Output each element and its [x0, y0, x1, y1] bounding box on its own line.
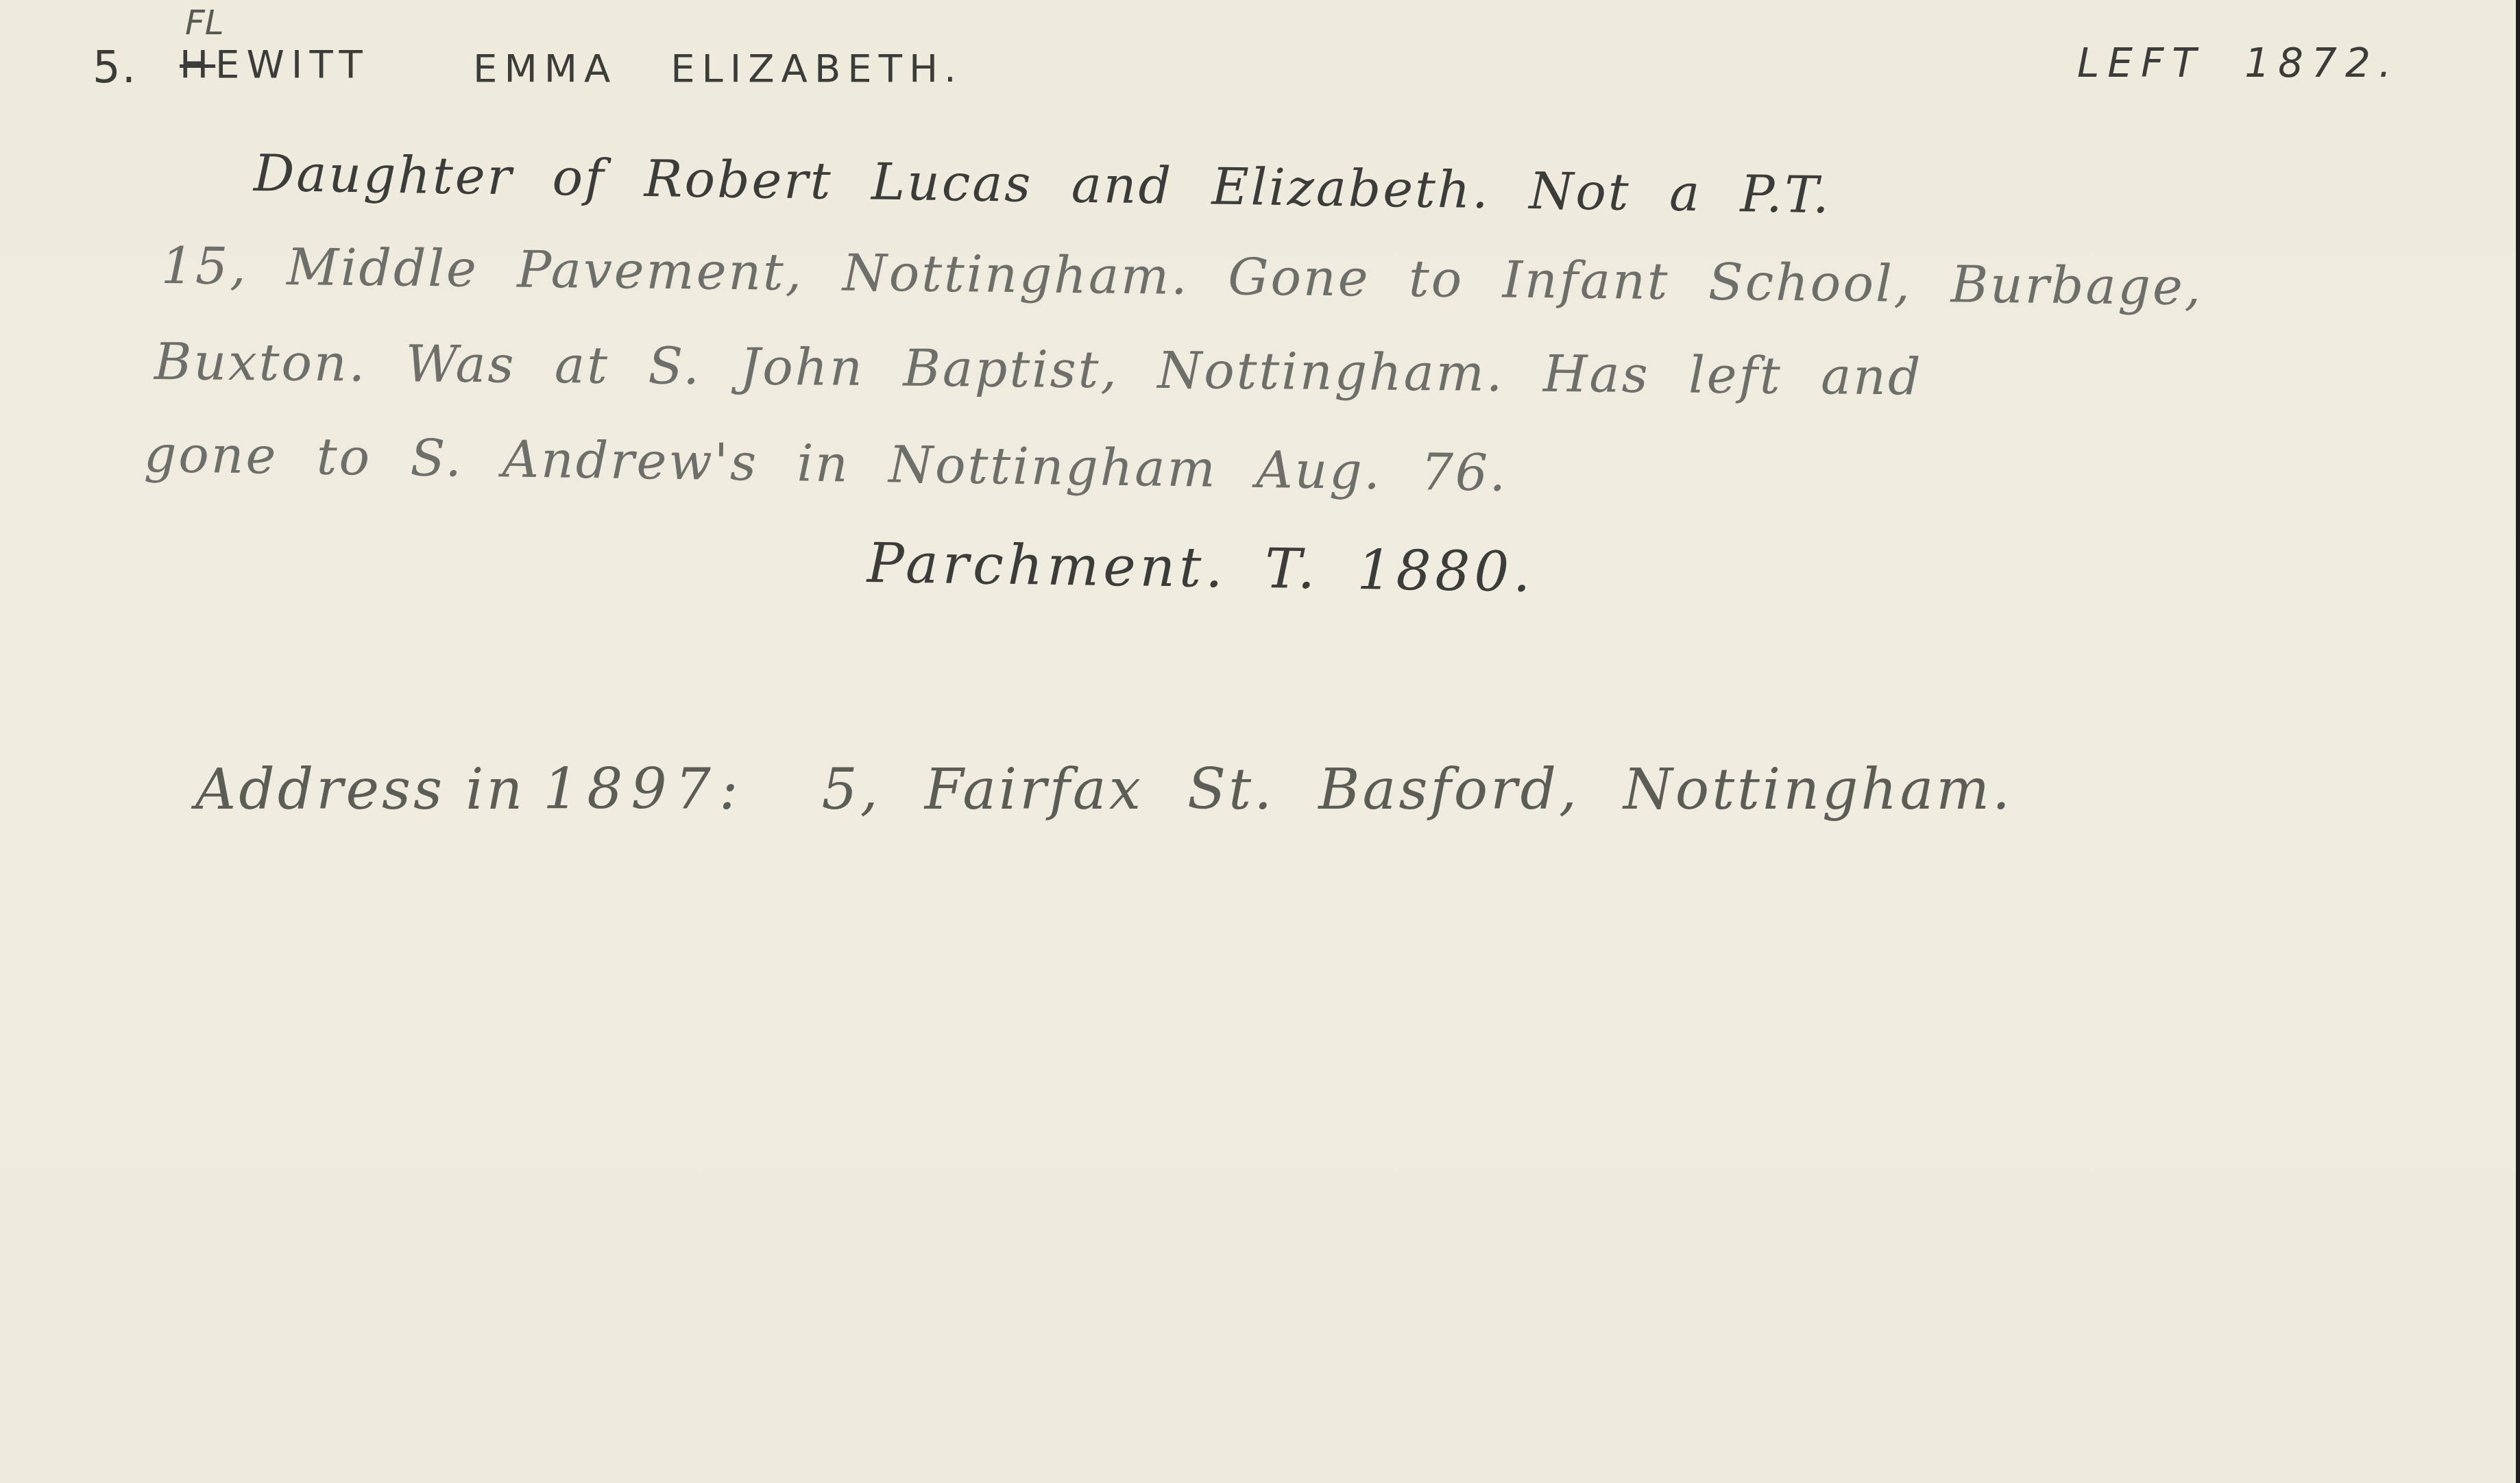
- note-line-address-school: 15, Middle Pavement, Nottingham. Gone to…: [161, 236, 2203, 317]
- later-address-label: Address in: [195, 757, 525, 822]
- entry-number: 5.: [93, 42, 137, 93]
- surname-rest: EWITT: [215, 42, 369, 87]
- record-card: 5. FL HEWITT EMMA ELIZABETH. LEFT 1872. …: [0, 0, 2516, 1483]
- later-address-value: 5, Fairfax St. Basford, Nottingham.: [822, 757, 2013, 822]
- page-edge-border: [2516, 0, 2520, 1483]
- later-address: Address in1897:5, Fairfax St. Basford, N…: [195, 757, 2013, 822]
- later-address-year: 1897:: [543, 757, 746, 822]
- surname-correction-annotation: FL: [185, 3, 224, 42]
- note-line-previous-school: Buxton. Was at S. John Baptist, Nottingh…: [154, 332, 1923, 407]
- note-line-parentage: Daughter of Robert Lucas and Elizabeth. …: [253, 144, 1831, 225]
- parchment-note: Parchment. T. 1880.: [867, 531, 1535, 604]
- surname: HEWITT: [180, 42, 369, 87]
- surname-block: FL HEWITT: [180, 42, 369, 87]
- given-names: EMMA ELIZABETH.: [473, 47, 963, 91]
- surname-struck-letter: H: [180, 42, 215, 87]
- note-line-transfer: gone to S. Andrew's in Nottingham Aug. 7…: [143, 425, 1508, 503]
- left-date-note: LEFT 1872.: [2077, 40, 2399, 86]
